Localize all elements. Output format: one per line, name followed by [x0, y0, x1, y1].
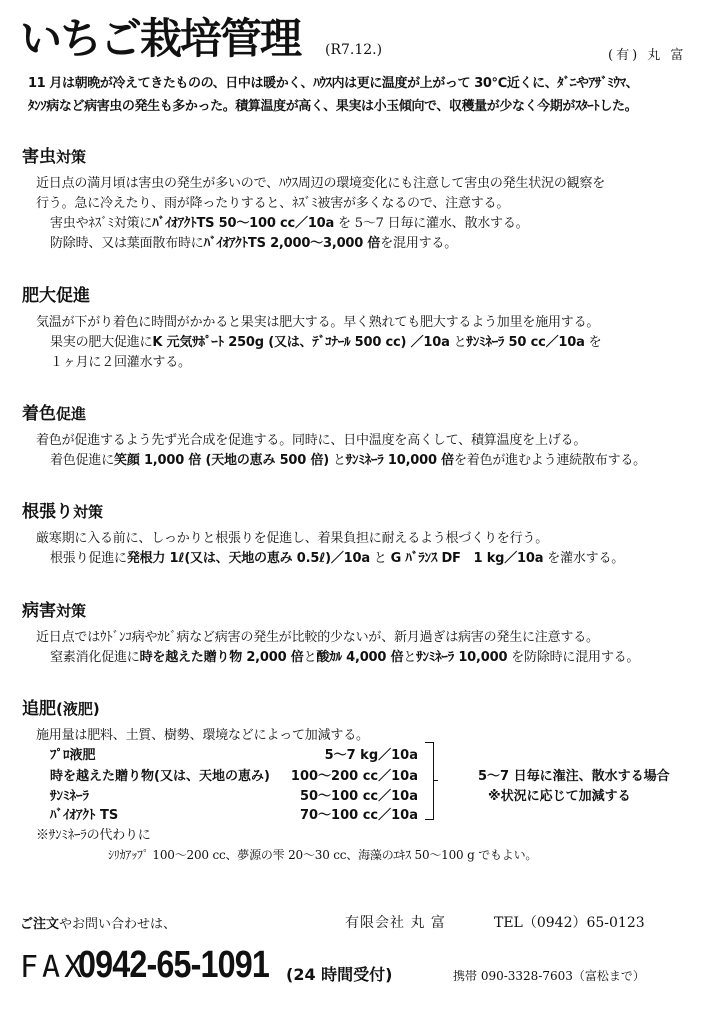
section-title-enlargement: 肥大促進: [22, 281, 90, 306]
product-highlight: ﾊﾞｲｵｱｸﾄTS 2,000～3,000 倍: [204, 236, 381, 251]
product-highlight: G ﾊﾞﾗﾝｽ DF 1 kg／10a: [391, 551, 544, 566]
text: を: [589, 335, 602, 350]
text: と: [333, 453, 346, 468]
section-title-sub: 促進: [56, 405, 86, 423]
section-title-sub: 対策: [56, 602, 86, 620]
text: と: [374, 551, 387, 566]
pest-line-4: 防除時、又は葉面散布時にﾊﾞｲｵｱｸﾄTS 2,000～3,000 倍を混用する…: [50, 232, 457, 251]
text: を着色が進むよう連続散布する。: [454, 453, 646, 468]
section-title-main: 病害: [22, 601, 56, 621]
section-title-pest-control: 害虫対策: [22, 142, 86, 167]
fertilizer-amount: 70～100 cc／10a: [300, 804, 418, 823]
enlarge-line-1: 気温が下がり着色に時間がかかると果実は肥大する。早く熟れても肥大するよう加里を施…: [36, 311, 599, 330]
disease-line-1: 近日点ではｳﾄﾞﾝｺ病やｶﾋﾞ病など病害の発生が比較的少ないが、新月過ぎは病害の…: [36, 626, 599, 645]
text: 着色促進に: [50, 453, 114, 468]
alt-note-2: ｼﾘｶｱｯﾌﾟ 100～200 cc、夢源の雫 20～30 cc、海藻のｴｷｽ …: [108, 846, 537, 863]
section-title-main: 追肥: [22, 699, 56, 719]
enlarge-line-2: 果実の肥大促進にK 元気ｻﾎﾟｰﾄ 250g (又は、ﾃﾞｺﾅｰﾙ 500 cc…: [50, 331, 601, 350]
section-title-sub: 対策: [73, 503, 103, 521]
text: 害虫やﾈｽﾞﾐ対策に: [50, 216, 152, 231]
pest-line-3: 害虫やﾈｽﾞﾐ対策にﾊﾞｲｵｱｸﾄTS 50～100 cc／10a を 5～7 …: [50, 212, 528, 231]
section-title-coloring: 着色促進: [22, 399, 86, 424]
product-highlight: 酸ｶﾙ 4,000 倍: [316, 650, 403, 665]
fertilizer-row: ﾊﾞｲｵｱｸﾄ TS 70～100 cc／10a: [0, 804, 724, 822]
fax-label: FAX: [20, 950, 86, 985]
root-line-1: 厳寒期に入る前に、しっかりと根張りを促進し、着果負担に耐えるよう根づくりを行う。: [36, 527, 548, 546]
fax-hours: (24 時間受付): [286, 962, 392, 985]
product-highlight: ｻﾝﾐﾈｰﾗ 10,000 倍: [346, 453, 454, 468]
intro-line-1: 11 月は朝晩が冷えてきたものの、日中は暖かく、ﾊｳｽ内は更に温度が上がって 3…: [28, 72, 638, 91]
bracket-note-adjust: ※状況に応じて加減する: [488, 785, 631, 804]
section-title-rooting: 根張り対策: [22, 497, 103, 522]
section-title-main: 害虫: [22, 147, 56, 167]
fertilizer-name: ﾊﾞｲｵｱｸﾄ TS: [50, 804, 118, 823]
section-title-main: 着色: [22, 404, 56, 424]
text: 根張り促進に: [50, 551, 127, 566]
issue-date: (R7.12.): [325, 42, 382, 58]
fertilizer-row: ﾌﾟﾛ液肥 5～7 kg／10a: [0, 744, 724, 762]
section-title-topdressing: 追肥(液肥): [22, 694, 100, 719]
text: と: [403, 650, 416, 665]
fax-number: 0942-65-1091: [78, 944, 269, 987]
alt-note-1: ※ｻﾝﾐﾈｰﾗの代わりに: [36, 824, 151, 843]
color-line-1: 着色が促進するよう先ず光合成を促進する。同時に、日中温度を高くして、積算温度を上…: [36, 429, 586, 448]
fertilizer-amount: 50～100 cc／10a: [300, 785, 418, 804]
bracket-tick: [433, 780, 438, 781]
fertilizer-amount: 5～7 kg／10a: [325, 744, 418, 763]
mobile-number: 携帯 090-3328-7603（富松まで）: [453, 967, 645, 984]
section-title-main: 根張り: [22, 502, 73, 522]
fertilizer-name: ﾌﾟﾛ液肥: [50, 744, 96, 763]
order-rest: やお問い合わせは、: [59, 917, 176, 932]
text: を 5～7 日毎に灌水、散水する。: [338, 216, 528, 231]
text: を防除時に混用する。: [511, 650, 639, 665]
product-highlight: 発根力 1ℓ(又は、天地の恵み 0.5ℓ)／10a: [127, 551, 370, 566]
topdress-line-1: 施用量は肥料、土質、樹勢、環境などによって加減する。: [36, 724, 369, 743]
text: と: [304, 650, 317, 665]
text: 果実の肥大促進に: [50, 335, 152, 350]
text: を混用する。: [380, 236, 457, 251]
bracket-note-frequency: 5～7 日毎に潅注、散水する場合: [478, 765, 670, 784]
text: と: [454, 335, 467, 350]
text: を灌水する。: [547, 551, 624, 566]
text: 窒素消化促進に: [50, 650, 140, 665]
pest-line-1: 近日点の満月頃は害虫の発生が多いので、ﾊｳｽ周辺の環境変化にも注意して害虫の発生…: [36, 172, 605, 191]
product-highlight: 時を越えた贈り物 2,000 倍: [140, 650, 304, 665]
disease-line-2: 窒素消化促進に時を越えた贈り物 2,000 倍と酸ｶﾙ 4,000 倍とｻﾝﾐﾈ…: [50, 646, 639, 665]
intro-line-2: ﾀﾝｿ病など病害虫の発生も多かった。積算温度が高く、果実は小玉傾向で、収穫量が少…: [28, 95, 637, 114]
bracket: [425, 742, 434, 820]
section-title-sub: (液肥): [56, 700, 100, 718]
product-highlight: K 元気ｻﾎﾟｰﾄ 250g (又は、ﾃﾞｺﾅｰﾙ 500 cc) ／10a: [152, 335, 449, 350]
order-bold: ご注文: [20, 917, 59, 932]
color-line-2: 着色促進に笑顔 1,000 倍 (天地の恵み 500 倍) とｻﾝﾐﾈｰﾗ 10…: [50, 449, 646, 468]
root-line-2: 根張り促進に発根力 1ℓ(又は、天地の恵み 0.5ℓ)／10a と G ﾊﾞﾗﾝ…: [50, 547, 624, 566]
enlarge-line-3: １ヶ月に２回灌水する。: [50, 351, 191, 370]
company-full-name: 有限会社 丸 富: [345, 912, 446, 932]
fertilizer-amount: 100～200 cc／10a: [291, 765, 418, 784]
page-title: いちご栽培管理: [20, 14, 300, 64]
product-highlight: ｻﾝﾐﾈｰﾗ 10,000: [416, 650, 507, 665]
product-highlight: ｻﾝﾐﾈｰﾗ 50 cc／10a: [466, 335, 584, 350]
text: 防除時、又は葉面散布時に: [50, 236, 204, 251]
section-title-sub: 対策: [56, 148, 86, 166]
fertilizer-name: 時を越えた贈り物(又は、天地の恵み): [50, 765, 270, 784]
fertilizer-name: ｻﾝﾐﾈｰﾗ: [50, 785, 89, 804]
tel-number: TEL（0942）65-0123: [494, 912, 645, 932]
section-title-disease-control: 病害対策: [22, 596, 86, 621]
order-inquiry-text: ご注文やお問い合わせは、: [20, 913, 176, 932]
product-highlight: ﾊﾞｲｵｱｸﾄTS 50～100 cc／10a: [152, 216, 334, 231]
pest-line-2: 行う。急に冷えたり、雨が降ったりすると、ﾈｽﾞﾐ被害が多くなるので、注意する。: [36, 192, 509, 211]
product-highlight: 笑顔 1,000 倍 (天地の恵み 500 倍): [114, 453, 329, 468]
company-name-top: (有) 丸 富: [608, 44, 686, 63]
